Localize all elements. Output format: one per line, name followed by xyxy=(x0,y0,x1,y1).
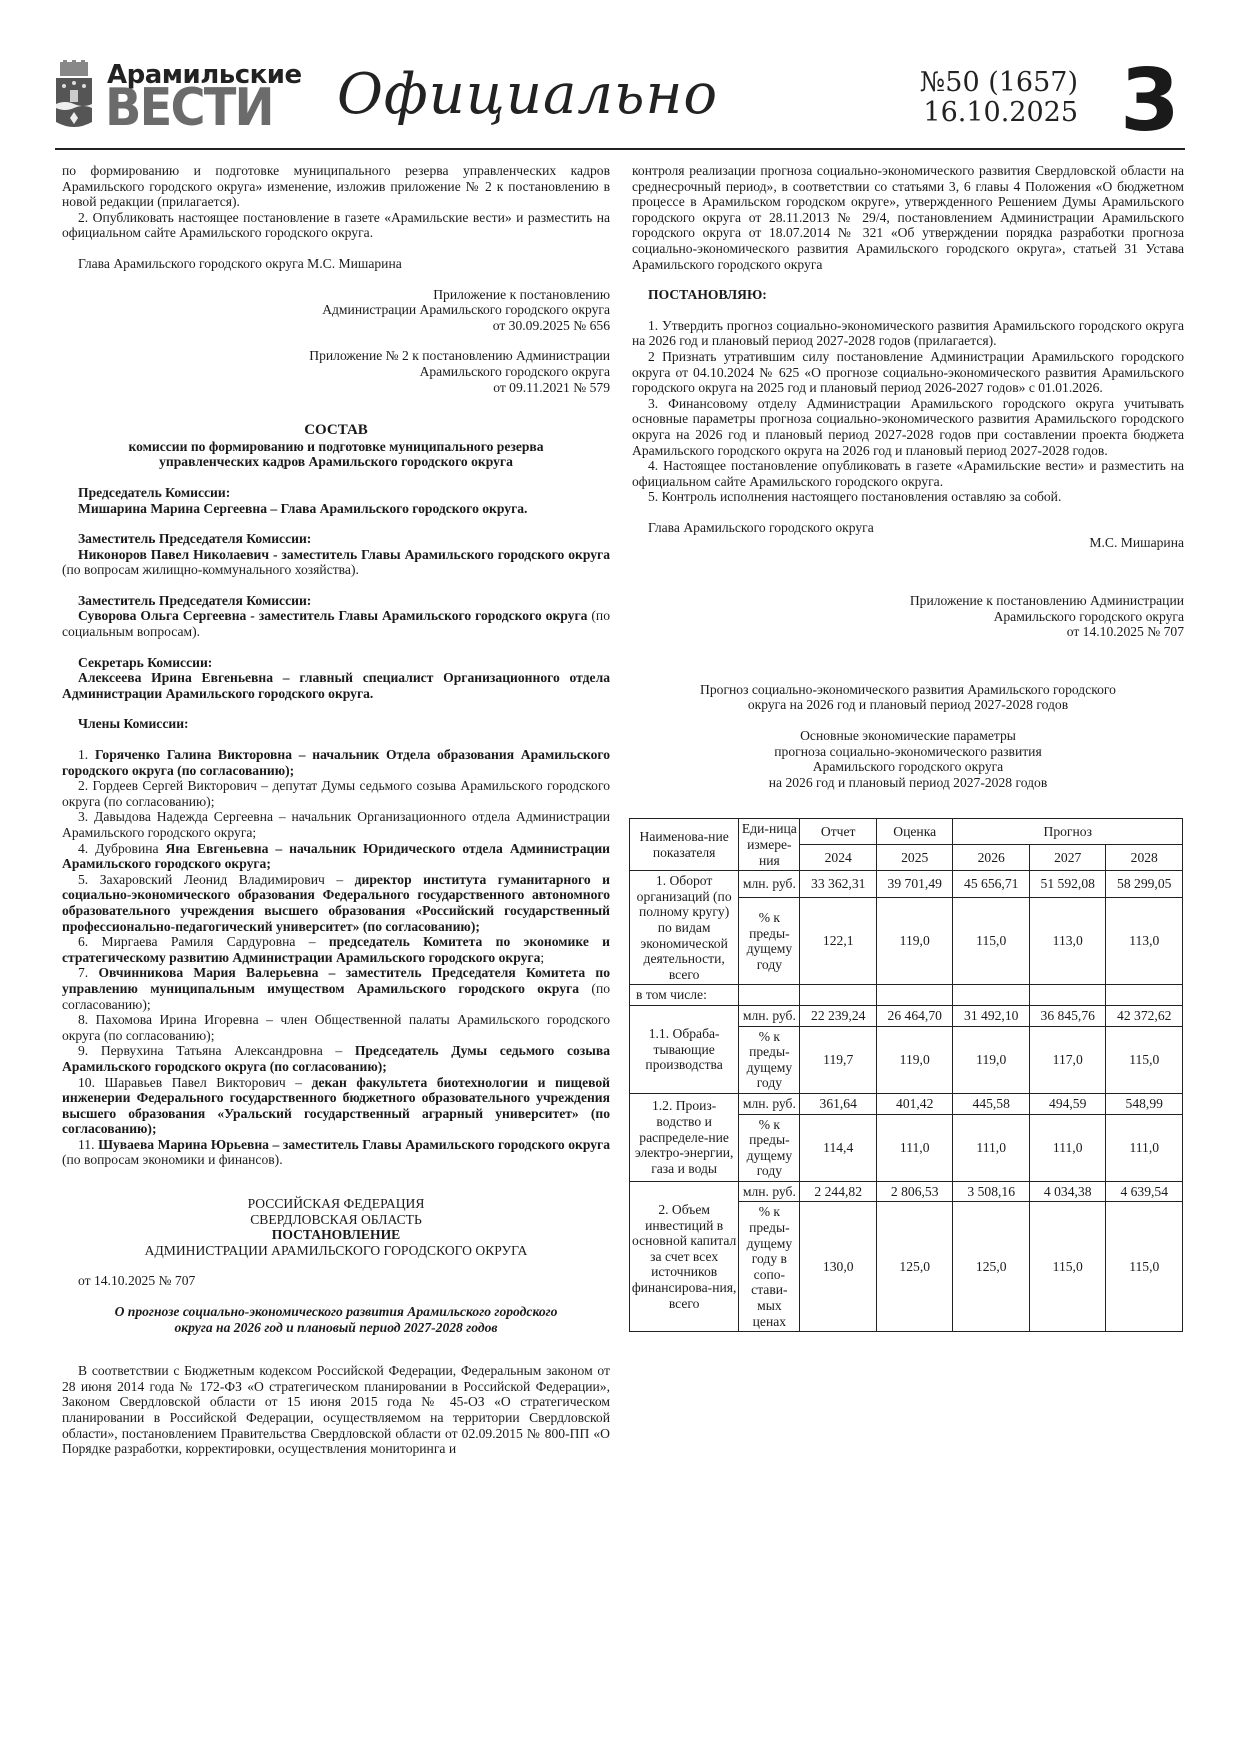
role-person-name: Никоноров Павел Николаевич - заместитель… xyxy=(78,547,610,562)
unit-cell: % к преды-дущему году xyxy=(739,1026,800,1093)
intro-paragraph: 2. Опубликовать настоящее постановление … xyxy=(62,210,610,241)
decree-number: от 14.10.2025 № 707 xyxy=(62,1273,610,1289)
value-cell: 51 592,08 xyxy=(1029,871,1106,898)
masthead: Арамильские ВЕСТИ Официально №50 (1657) … xyxy=(55,40,1185,148)
value-cell: 115,0 xyxy=(1106,1026,1183,1093)
empty-cell xyxy=(876,985,953,1006)
col-header-unit: Еди-ница измере-ния xyxy=(739,819,800,871)
member-item: 2. Гордеев Сергей Викторович – депутат Д… xyxy=(62,778,610,809)
params-title-line: прогноза социально-экономического развит… xyxy=(632,744,1184,760)
role-heading: Заместитель Председателя Комиссии: xyxy=(62,531,610,547)
col-header-forecast: Прогноз xyxy=(953,819,1183,845)
value-cell: 125,0 xyxy=(876,1202,953,1332)
member-item: 5. Захаровский Леонид Владимирович – дир… xyxy=(62,872,610,934)
params-title-line: на 2026 год и плановый период 2027-2028 … xyxy=(632,775,1184,791)
composition-title: СОСТАВ xyxy=(62,423,610,439)
unit-cell: % к преды-дущему году в сопо-стави-мых ц… xyxy=(739,1202,800,1332)
decree-title: О прогнозе социально-экономического разв… xyxy=(62,1304,610,1335)
value-cell: 119,7 xyxy=(800,1026,877,1093)
brand-main: ВЕСТИ xyxy=(105,80,273,136)
member-item: 4. Дубровина Яна Евгеньевна – начальник … xyxy=(62,841,610,872)
empty-cell xyxy=(1029,985,1106,1006)
value-cell: 3 508,16 xyxy=(953,1181,1030,1202)
resolution-point: 2 Признать утратившим силу постановление… xyxy=(632,349,1184,396)
indicator-name: 1.2. Произ-водство и распределе-ние элек… xyxy=(630,1093,739,1181)
forecast-title-line: Прогноз социально-экономического развити… xyxy=(632,682,1184,698)
appendix-line: Арамильского городского округа xyxy=(632,609,1184,625)
value-cell: 122,1 xyxy=(800,897,877,984)
appendix-line: от 14.10.2025 № 707 xyxy=(632,624,1184,640)
appendix-line: от 30.09.2025 № 656 xyxy=(62,318,610,334)
member-item: 7. Овчинникова Мария Валерьевна – замест… xyxy=(62,965,610,1012)
appendix-line: Приложение № 2 к постановлению Администр… xyxy=(62,348,610,364)
roles-list: Председатель Комиссии:Мишарина Марина Се… xyxy=(62,485,610,717)
appendix-line: Приложение к постановлению xyxy=(62,287,610,303)
value-cell: 39 701,49 xyxy=(876,871,953,898)
preamble-continued: контроля реализации прогноза социально-э… xyxy=(632,163,1184,272)
member-text: 8. Пахомова Ирина Игоревна – член Общест… xyxy=(62,1012,610,1043)
role-person: Суворова Ольга Сергеевна - заместитель Г… xyxy=(62,608,610,639)
appendix-note: Приложение к постановлению Администрации… xyxy=(632,593,1184,640)
empty-cell xyxy=(739,985,800,1006)
indicator-name: 2. Объем инвестиций в основной капитал з… xyxy=(630,1181,739,1331)
params-title-line: Арамильского городского округа xyxy=(632,759,1184,775)
value-cell: 115,0 xyxy=(1029,1202,1106,1332)
composition-subtitle: комиссии по формированию и подготовке му… xyxy=(62,439,610,470)
year-header: 2024 xyxy=(800,845,877,871)
value-cell: 114,4 xyxy=(800,1114,877,1181)
resolution-point: 1. Утвердить прогноз социально-экономиче… xyxy=(632,318,1184,349)
member-item: 6. Миргаева Рамиля Сардуровна – председа… xyxy=(62,934,610,965)
indicator-name: 1.1. Обраба-тывающие производства xyxy=(630,1005,739,1093)
header-rule xyxy=(55,148,1185,150)
empty-cell xyxy=(1106,985,1183,1006)
appendix-line: Администрации Арамильского городского ок… xyxy=(62,302,610,318)
value-cell: 111,0 xyxy=(876,1114,953,1181)
value-cell: 45 656,71 xyxy=(953,871,1030,898)
appendix-line: Арамильского городского округа xyxy=(62,364,610,380)
resolve-heading: ПОСТАНОВЛЯЮ: xyxy=(632,287,1184,303)
right-column: контроля реализации прогноза социально-э… xyxy=(632,163,1184,1332)
member-text: 11. xyxy=(78,1137,98,1152)
preamble: В соответствии с Бюджетным кодексом Росс… xyxy=(62,1363,610,1457)
member-item: 10. Шаравьев Павел Викторович – декан фа… xyxy=(62,1075,610,1137)
value-cell: 2 244,82 xyxy=(800,1181,877,1202)
member-item: 3. Давыдова Надежда Сергеевна – начальни… xyxy=(62,809,610,840)
value-cell: 115,0 xyxy=(953,897,1030,984)
role-heading: Секретарь Комиссии: xyxy=(62,655,610,671)
member-item: 1. Горяченко Галина Викторовна – начальн… xyxy=(62,747,610,778)
resolution-point: 4. Настоящее постановление опубликовать … xyxy=(632,458,1184,489)
subheading-cell: в том числе: xyxy=(630,985,739,1006)
role-person-name: Алексеева Ирина Евгеньевна – главный спе… xyxy=(62,670,610,701)
unit-cell: % к преды-дущему году xyxy=(739,1114,800,1181)
value-cell: 548,99 xyxy=(1106,1093,1183,1114)
value-cell: 115,0 xyxy=(1106,1202,1183,1332)
value-cell: 401,42 xyxy=(876,1093,953,1114)
decree-header-line: АДМИНИСТРАЦИИ АРАМИЛЬСКОГО ГОРОДСКОГО ОК… xyxy=(62,1243,610,1259)
member-item: 8. Пахомова Ирина Игоревна – член Общест… xyxy=(62,1012,610,1043)
resolution-point: 3. Финансовому отделу Администрации Арам… xyxy=(632,396,1184,458)
newspaper-logo: Арамильские ВЕСТИ xyxy=(55,58,295,138)
value-cell: 26 464,70 xyxy=(876,1005,953,1026)
unit-cell: млн. руб. xyxy=(739,1005,800,1026)
signature-role: Глава Арамильского городского округа xyxy=(632,520,1184,536)
role-person: Мишарина Марина Сергеевна – Глава Арамил… xyxy=(62,501,610,517)
col-header-report: Отчет xyxy=(800,819,877,845)
appendix-note: Приложение № 2 к постановлению Администр… xyxy=(62,348,610,395)
forecast-title-line: округа на 2026 год и плановый период 202… xyxy=(632,697,1184,713)
member-text: 10. Шаравьев Павел Викторович – xyxy=(78,1075,312,1090)
table-row: 1. Оборот организаций (по полному кругу)… xyxy=(630,871,1183,898)
role-heading: Председатель Комиссии: xyxy=(62,485,610,501)
member-text: 4. Дубровина xyxy=(78,841,166,856)
value-cell: 130,0 xyxy=(800,1202,877,1332)
year-header: 2025 xyxy=(876,845,953,871)
indicator-name: 1. Оборот организаций (по полному кругу)… xyxy=(630,871,739,985)
value-cell: 42 372,62 xyxy=(1106,1005,1183,1026)
value-cell: 22 239,24 xyxy=(800,1005,877,1026)
forecast-title: Прогноз социально-экономического развити… xyxy=(632,682,1184,713)
role-person-name: Мишарина Марина Сергеевна – Глава Арамил… xyxy=(78,501,527,516)
value-cell: 117,0 xyxy=(1029,1026,1106,1093)
member-text: 2. Гордеев Сергей Викторович – депутат Д… xyxy=(62,778,610,809)
value-cell: 33 362,31 xyxy=(800,871,877,898)
resolution-point: 5. Контроль исполнения настоящего постан… xyxy=(632,489,1184,505)
members-list: 1. Горяченко Галина Викторовна – начальн… xyxy=(62,747,610,1168)
table-subheading-row: в том числе: xyxy=(630,985,1183,1006)
member-text-bold: Шуваева Марина Юрьевна – заместитель Гла… xyxy=(98,1137,610,1152)
page-number: 3 xyxy=(1120,56,1180,146)
coat-of-arms-icon xyxy=(55,60,93,132)
member-text: 9. Первухина Татьяна Александровна – xyxy=(78,1043,355,1058)
member-text-bold: Овчинникова Мария Валерьевна – заместите… xyxy=(62,965,610,996)
params-title-line: Основные экономические параметры xyxy=(632,728,1184,744)
member-text: ; xyxy=(540,950,544,965)
signature-name: М.С. Мишарина xyxy=(632,535,1184,551)
signature: Глава Арамильского городского округа М.С… xyxy=(62,256,610,272)
member-text: 6. Миргаева Рамиля Сардуровна – xyxy=(78,934,329,949)
appendix-line: Приложение к постановлению Администрации xyxy=(632,593,1184,609)
member-item: 11. Шуваева Марина Юрьевна – заместитель… xyxy=(62,1137,610,1168)
value-cell: 111,0 xyxy=(953,1114,1030,1181)
member-item: 9. Первухина Татьяна Александровна – Пре… xyxy=(62,1043,610,1074)
decree-header: РОССИЙСКАЯ ФЕДЕРАЦИЯ СВЕРДЛОВСКАЯ ОБЛАСТ… xyxy=(62,1196,610,1258)
value-cell: 4 034,38 xyxy=(1029,1181,1106,1202)
params-title: Основные экономические параметры прогноз… xyxy=(632,728,1184,790)
value-cell: 119,0 xyxy=(953,1026,1030,1093)
value-cell: 119,0 xyxy=(876,897,953,984)
col-header-name: Наименова-ние показателя xyxy=(630,819,739,871)
member-text-bold: Горяченко Галина Викторовна – начальник … xyxy=(62,747,610,778)
forecast-table: Наименова-ние показателя Еди-ница измере… xyxy=(629,818,1183,1332)
table-row: 1.2. Произ-водство и распределе-ние элек… xyxy=(630,1093,1183,1114)
value-cell: 445,58 xyxy=(953,1093,1030,1114)
intro-paragraph: по формированию и подготовке муниципальн… xyxy=(62,163,610,210)
role-heading: Заместитель Председателя Комиссии: xyxy=(62,593,610,609)
role-person: Никоноров Павел Николаевич - заместитель… xyxy=(62,547,610,578)
value-cell: 361,64 xyxy=(800,1093,877,1114)
left-column: по формированию и подготовке муниципальн… xyxy=(62,163,610,1457)
value-cell: 111,0 xyxy=(1106,1114,1183,1181)
member-text: (по вопросам экономики и финансов). xyxy=(62,1152,283,1167)
empty-cell xyxy=(800,985,877,1006)
value-cell: 113,0 xyxy=(1106,897,1183,984)
member-text: 3. Давыдова Надежда Сергеевна – начальни… xyxy=(62,809,610,840)
value-cell: 4 639,54 xyxy=(1106,1181,1183,1202)
unit-cell: млн. руб. xyxy=(739,1093,800,1114)
year-header: 2027 xyxy=(1029,845,1106,871)
value-cell: 111,0 xyxy=(1029,1114,1106,1181)
value-cell: 125,0 xyxy=(953,1202,1030,1332)
decree-header-line: РОССИЙСКАЯ ФЕДЕРАЦИЯ xyxy=(62,1196,610,1212)
role-person-name: Суворова Ольга Сергеевна - заместитель Г… xyxy=(78,608,587,623)
section-title: Официально xyxy=(337,62,718,127)
value-cell: 36 845,76 xyxy=(1029,1005,1106,1026)
table-row: 2. Объем инвестиций в основной капитал з… xyxy=(630,1181,1183,1202)
value-cell: 2 806,53 xyxy=(876,1181,953,1202)
col-header-estimate: Оценка xyxy=(876,819,953,845)
unit-cell: млн. руб. xyxy=(739,1181,800,1202)
appendix-line: от 09.11.2021 № 579 xyxy=(62,380,610,396)
value-cell: 31 492,10 xyxy=(953,1005,1030,1026)
unit-cell: млн. руб. xyxy=(739,871,800,898)
member-text: 7. xyxy=(78,965,98,980)
value-cell: 494,59 xyxy=(1029,1093,1106,1114)
year-header: 2026 xyxy=(953,845,1030,871)
issue-number: №50 (1657) xyxy=(873,68,1078,98)
value-cell: 119,0 xyxy=(876,1026,953,1093)
value-cell: 113,0 xyxy=(1029,897,1106,984)
role-person-note: (по вопросам жилищно-коммунального хозяй… xyxy=(62,562,359,577)
members-heading: Члены Комиссии: xyxy=(62,716,610,732)
table-row: 1.1. Обраба-тывающие производствамлн. ру… xyxy=(630,1005,1183,1026)
unit-cell: % к преды-дущему году xyxy=(739,897,800,984)
issue-date: 16.10.2025 xyxy=(873,98,1078,128)
year-header: 2028 xyxy=(1106,845,1183,871)
decree-header-line: ПОСТАНОВЛЕНИЕ xyxy=(62,1227,610,1243)
resolution-points: 1. Утвердить прогноз социально-экономиче… xyxy=(632,318,1184,505)
role-person: Алексеева Ирина Евгеньевна – главный спе… xyxy=(62,670,610,701)
issue-info: №50 (1657) 16.10.2025 xyxy=(873,68,1078,128)
appendix-note: Приложение к постановлению Администрации… xyxy=(62,287,610,334)
decree-header-line: СВЕРДЛОВСКАЯ ОБЛАСТЬ xyxy=(62,1212,610,1228)
member-text: 1. xyxy=(78,747,95,762)
value-cell: 58 299,05 xyxy=(1106,871,1183,898)
member-text: 5. Захаровский Леонид Владимирович – xyxy=(78,872,355,887)
empty-cell xyxy=(953,985,1030,1006)
